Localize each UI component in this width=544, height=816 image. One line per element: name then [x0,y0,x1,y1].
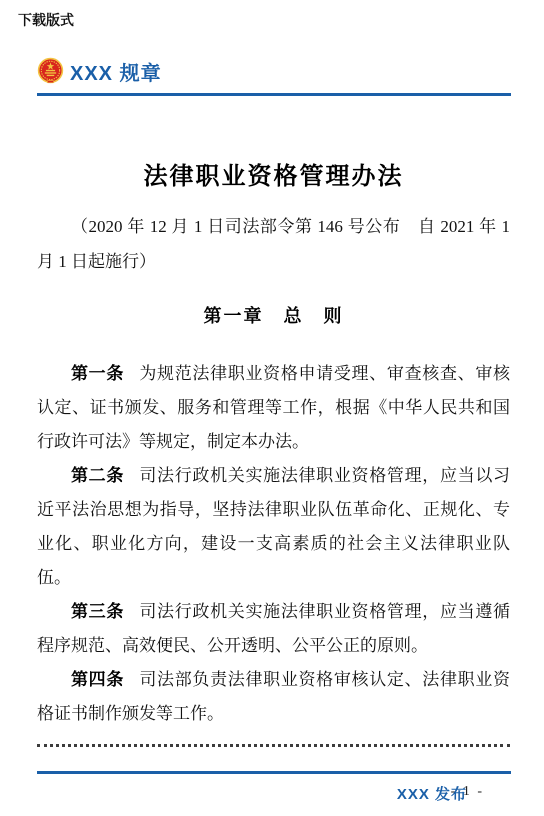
article-paragraph: 第二条司法行政机关实施法律职业资格管理，应当以习近平法治思想为指导，坚持法律职业… [37,459,510,595]
article-label: 第二条 [71,466,124,485]
document-body: 法律职业资格管理办法 （2020 年 12 月 1 日司法部令第 146 号公布… [37,150,510,800]
article-label: 第一条 [71,364,124,383]
header-brand: XXX 规章 [37,56,511,86]
articles-section: 第一条为规范法律职业资格申请受理、审查核查、审核认定、证书颁发、服务和管理等工作… [37,357,510,731]
document-page: 下载版式 XXX 规章 法律职业资格管理办法 （2020 年 12 月 1 日司… [0,0,544,816]
article-paragraph: 第一条为规范法律职业资格申请受理、审查核查、审核认定、证书颁发、服务和管理等工作… [37,357,510,459]
publisher-label: XXX 发布 [37,783,511,804]
header-org-label: XXX 规章 [70,57,162,86]
chapter-heading: 第一章 总 则 [37,302,510,328]
download-format-link[interactable]: 下载版式 [18,10,74,30]
gazette-footer: XXX 发布 [37,771,511,804]
document-title: 法律职业资格管理办法 [37,156,510,191]
gazette-header: XXX 规章 [37,56,511,96]
article-paragraph: 第四条司法部负责法律职业资格审核认定、法律职业资格证书制作颁发等工作。 [37,663,510,731]
ellipsis-divider [37,744,510,747]
promulgation-note: （2020 年 12 月 1 日司法部令第 146 号公布 自 2021 年 1… [37,209,510,279]
header-divider-line [37,93,511,96]
footer-divider-line [37,771,511,774]
article-paragraph: 第三条司法行政机关实施法律职业资格管理，应当遵循程序规范、高效便民、公开透明、公… [37,595,510,663]
national-emblem-icon [37,57,64,86]
article-label: 第三条 [71,602,124,621]
article-label: 第四条 [71,670,124,689]
